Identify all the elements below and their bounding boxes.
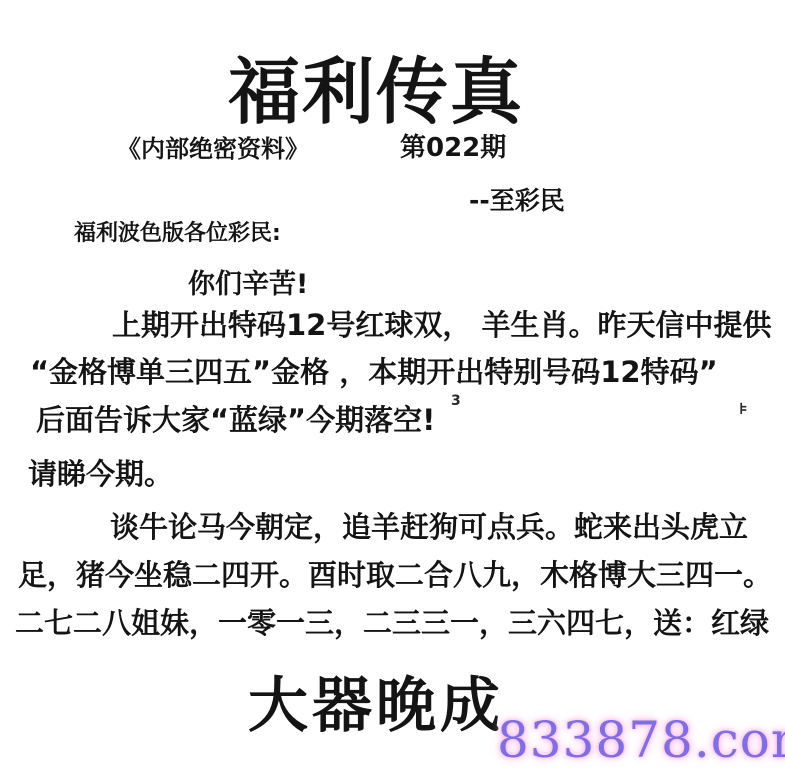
watermark-url: 833878.com bbox=[497, 711, 785, 769]
salutation: 福利波色版各位彩民: bbox=[74, 216, 281, 247]
page-title: 福利传真 bbox=[0, 34, 752, 138]
issue-number: 第022期 bbox=[400, 127, 506, 164]
attribution-line: --至彩民 bbox=[469, 181, 565, 217]
body-line-5: 谈牛论马今朝定，追羊赶狗可点兵。蛇来出头虎立 bbox=[110, 505, 748, 546]
body-line-1: 上期开出特码12号红球双， 羊生肖。昨天信中提供 bbox=[112, 303, 771, 344]
body-line-3: 后面告诉大家“蓝绿”今期落空! bbox=[36, 398, 435, 439]
greeting-line: 你们辛苦! bbox=[188, 262, 308, 301]
source-label: 《内部绝密资料》 bbox=[117, 129, 309, 164]
scan-artifact-mark: 3 bbox=[451, 393, 461, 409]
body-line-2: “金格博单三四五”金格 ，本期开出特别号码12特码” bbox=[30, 350, 718, 391]
body-line-6: 足，猪今坐稳二四开。酉时取二合八九，木格博大三四一。 bbox=[18, 553, 772, 594]
scan-artifact-mark: ⊧ bbox=[739, 399, 748, 418]
fax-flyer-document: 福利传真 《内部绝密资料》 第022期 --至彩民 福利波色版各位彩民: 你们辛… bbox=[0, 0, 785, 772]
body-line-4: 请睇今期。 bbox=[28, 452, 173, 493]
body-line-7: 二七二八姐妹，一零一三，二三三一，三六四七，送：红绿 bbox=[15, 601, 769, 642]
